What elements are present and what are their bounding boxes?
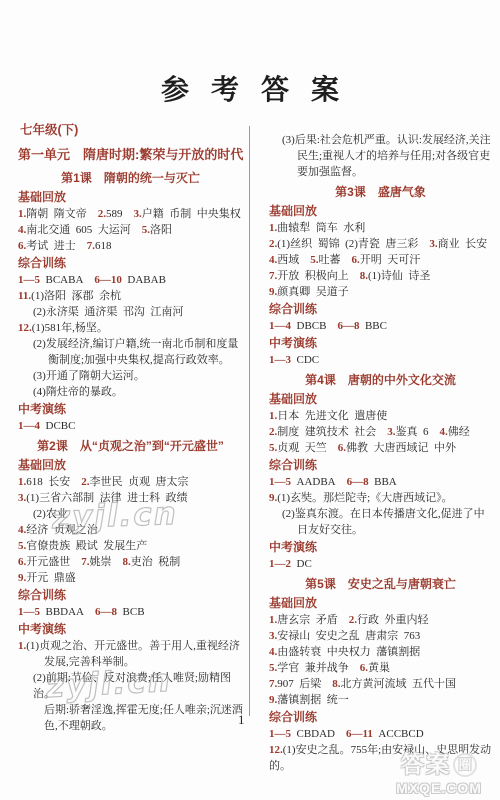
answer-text: 颜真卿 吴道子 [277, 286, 349, 298]
answer-line: 1—4 DBCB 6—8 BBC [269, 318, 492, 334]
answer-number: 5. [269, 442, 277, 454]
answer-text: BCABA [40, 274, 94, 286]
answer-number: 1—5 [18, 606, 40, 618]
column-divider [249, 126, 250, 716]
answer-number: 8. [360, 270, 368, 282]
answer-line: 1.618 长安 2.李世民 贞观 唐太宗 [18, 474, 243, 490]
answer-text: DBCB [291, 320, 337, 332]
answer-line: 1.唐玄宗 矛盾 2.行政 外重内轻 [269, 612, 492, 628]
answer-number: 6—8 [337, 320, 359, 332]
answer-line: 7.907 后梁 8.北方黄河流域 五代十国 [269, 676, 492, 692]
section-heading: 中考演练 [269, 539, 492, 555]
answer-text: 后期:骄奢淫逸,挥霍无度;任人唯亲;沉迷酒色,不理朝政。 [44, 704, 243, 732]
answer-text: 吐蕃 [319, 254, 352, 266]
answer-text: CDC [291, 354, 319, 366]
answer-line: 4.西域 5.吐蕃 6.开明 天可汗 [269, 252, 492, 268]
answer-line: 1—5 AADBA 6—8 BBA [269, 474, 492, 490]
answer-number: 6. [18, 556, 26, 568]
answer-line: 2.(1)丝织 蜀锦 (2)青瓷 唐三彩 3.商业 长安 [269, 236, 492, 252]
answer-number: 1. [269, 222, 277, 234]
answer-number: 1. [18, 640, 26, 652]
answer-line: (2)发展经济,编订户籍,统一南北币制和度量衡制度;加强中央集权,提高行政效率。 [18, 336, 243, 368]
answer-text: ACCBCD [373, 728, 424, 740]
answer-line: (4)隋炷帝的暴政。 [18, 384, 243, 400]
answer-number: 7. [87, 240, 95, 252]
lesson-heading: 第1课 隋朝的统一与灭亡 [18, 170, 243, 186]
answer-text: 鉴真 6 [396, 426, 440, 438]
answer-line: 1—5 BCABA 6—10 DABAB [18, 272, 243, 288]
answer-line: 1.曲辕犁 筒车 水利 [269, 220, 492, 236]
answer-text: (4)隋炷帝的暴政。 [33, 386, 123, 398]
answer-number: 6. [18, 240, 26, 252]
answer-number: 1—5 [18, 274, 40, 286]
answer-text: 907 后梁 [277, 678, 332, 690]
site-logo: 答案圈 MXQE.COM [380, 746, 498, 796]
answer-line: 1—2 DC [269, 556, 492, 572]
answer-text: 由盛转衰 中央权力 藩镇割据 [277, 646, 420, 658]
answer-text: BBDAA [40, 606, 95, 618]
lesson-heading: 第2课 从“贞观之治”到“开元盛世” [18, 438, 243, 454]
answer-line: 1.日本 先进文化 遣唐使 [269, 408, 492, 424]
answer-line: (2)农业 [18, 506, 243, 522]
answer-text: BBC [359, 320, 387, 332]
answer-text: (1)玄奘。那烂陀寺;《大唐西域记》。 [277, 492, 452, 504]
answer-text: (1)诗仙 诗圣 [368, 270, 430, 282]
answer-number: 8. [332, 678, 340, 690]
section-heading: 基础回放 [269, 595, 492, 611]
answer-text: 洛阳 [150, 224, 172, 236]
answer-text: 南北交通 605 大运河 [26, 224, 142, 236]
answer-text: CBDAD [291, 728, 346, 740]
answer-text: 日本 先进文化 遣唐使 [277, 410, 387, 422]
answer-text: (1)贞观之治、开元盛世。善于用人,重视经济发展,完善科举制。 [26, 640, 240, 668]
answer-line: 9.开元 鼎盛 [18, 570, 243, 586]
answer-number: 1—2 [269, 558, 291, 570]
answer-line: (3)后果:社会危机严重。认识:发展经济,关注民生;重视人才的培养与任用;对各级… [269, 132, 492, 180]
section-heading: 中考演练 [18, 621, 243, 637]
answer-number: 9. [269, 492, 277, 504]
answer-number: 9. [269, 286, 277, 298]
answer-number: 1—5 [269, 728, 291, 740]
answer-key-page: 参考答案 七年级(下)第一单元 隋唐时期:繁荣与开放的时代第1课 隋朝的统一与灭… [0, 0, 500, 800]
answer-number: 4. [18, 224, 26, 236]
answer-text: 商业 长安 [438, 238, 488, 250]
lesson-heading: 第4课 唐朝的中外文化交流 [269, 372, 492, 388]
answer-line: 9.颜真卿 吴道子 [269, 284, 492, 300]
answer-text: 行政 外重内轻 [357, 614, 429, 626]
answer-text: 618 [95, 240, 112, 252]
answer-number: 6—10 [94, 274, 122, 286]
answer-number: 7. [269, 678, 277, 690]
answer-text: 姚崇 [90, 556, 123, 568]
answer-number: 1—5 [269, 476, 291, 488]
answer-line: 后期:骄奢淫逸,挥霍无度;任人唯亲;沉迷酒色,不理朝政。 [18, 702, 243, 734]
logo-domain: MXQE.COM [380, 780, 498, 796]
answer-line: 4.南北交通 605 大运河 5.洛阳 [18, 222, 243, 238]
answer-line: (2)鉴真东渡。在日本传播唐文化,促进了中日友好交往。 [269, 506, 492, 538]
answer-number: 7. [269, 270, 277, 282]
answer-line: 9.(1)玄奘。那烂陀寺;《大唐西域记》。 [269, 490, 492, 506]
answer-text: 考试 进士 [26, 240, 87, 252]
answer-text: 618 长安 [26, 476, 81, 488]
answer-number: 1. [18, 476, 26, 488]
section-heading: 综合训练 [18, 255, 243, 271]
answer-text: (1)三省六部制 法律 进士科 政绩 [26, 492, 187, 504]
answer-line: 12.(1)581年,杨坚。 [18, 320, 243, 336]
answer-line: 5.官僚贵族 殿试 发展生产 [18, 538, 243, 554]
logo-circle-icon: 圈 [453, 753, 477, 777]
answer-number: 6. [360, 662, 368, 674]
answer-line: 6.开元盛世 7.姚崇 8.吏治 税制 [18, 554, 243, 570]
answer-line: (2)前期:节俭、反对浪费;任人唯贤;励精图治。 [18, 670, 243, 702]
answer-number: 7. [81, 556, 89, 568]
section-heading: 综合训练 [269, 457, 492, 473]
section-heading: 综合训练 [269, 301, 492, 317]
answer-number: 1. [269, 614, 277, 626]
answer-line: (2)永济渠 通济渠 邗沟 江南河 [18, 304, 243, 320]
answer-number: 8. [123, 556, 131, 568]
answer-line: 1—5 CBDAD 6—11 ACCBCD [269, 726, 492, 742]
answer-line: 6.考试 进士 7.618 [18, 238, 243, 254]
answer-text: DCBC [40, 420, 75, 432]
answer-number: 5. [142, 224, 150, 236]
answer-text: 经济 贞观之治 [26, 524, 98, 536]
answer-number: 2. [269, 238, 277, 250]
answer-number: 5. [269, 662, 277, 674]
answer-number: 12. [269, 744, 283, 756]
answer-text: 贞观 天竺 [277, 442, 338, 454]
answer-number: 2. [349, 614, 357, 626]
right-column: (3)后果:社会危机严重。认识:发展经济,关注民生;重视人才的培养与任用;对各级… [255, 120, 492, 774]
answer-text: 李世民 贞观 唐太宗 [90, 476, 189, 488]
answer-text: 隋朝 隋文帝 [26, 208, 98, 220]
answer-text: 户籍 币制 中央集权 [142, 208, 241, 220]
answer-number: 1—4 [269, 320, 291, 332]
answer-number: 4. [18, 524, 26, 536]
answer-number: 6—11 [346, 728, 373, 740]
answer-text: 安禄山 安史之乱 唐肃宗 763 [277, 630, 420, 642]
answer-text: DC [291, 558, 312, 570]
answer-number: 6—8 [95, 606, 117, 618]
section-heading: 基础回放 [269, 203, 492, 219]
page-number: 1 [238, 712, 245, 728]
answer-text: 制度 建筑技术 社会 [277, 426, 387, 438]
answer-line: (3)开通了隋朝大运河。 [18, 368, 243, 384]
answer-text: 北方黄河流域 五代十国 [341, 678, 457, 690]
answer-text: 佛教 大唐西域记 中外 [346, 442, 456, 454]
grade-label: 七年级(下) [20, 122, 243, 138]
answer-line: 4.经济 贞观之治 [18, 522, 243, 538]
answer-number: 2. [98, 208, 106, 220]
left-column: 七年级(下)第一单元 隋唐时期:繁荣与开放的时代第1课 隋朝的统一与灭亡基础回放… [18, 120, 255, 774]
answer-text: 学官 兼并战争 [277, 662, 360, 674]
answer-number: 2. [81, 476, 89, 488]
answer-number: 4. [269, 646, 277, 658]
section-heading: 基础回放 [269, 391, 492, 407]
answer-number: 6—8 [347, 476, 369, 488]
answer-text: (1)581年,杨坚。 [32, 322, 108, 334]
answer-line: 5.贞观 天竺 6.佛教 大唐西域记 中外 [269, 440, 492, 456]
section-heading: 基础回放 [18, 189, 243, 205]
answer-text: (3)后果:社会危机严重。认识:发展经济,关注民生;重视人才的培养与任用;对各级… [282, 134, 491, 178]
page-title: 参考答案 [0, 68, 500, 108]
answer-text: 黄巢 [368, 662, 390, 674]
logo-text-main: 答案 [401, 751, 451, 777]
answer-text: 曲辕犁 筒车 水利 [277, 222, 365, 234]
section-heading: 中考演练 [269, 335, 492, 351]
answer-number: 11. [18, 290, 31, 302]
answer-number: 12. [18, 322, 32, 334]
answer-text: AADBA [291, 476, 347, 488]
answer-text: 官僚贵族 殿试 发展生产 [26, 540, 147, 552]
answer-number: 1. [18, 208, 26, 220]
answer-text: (2)前期:节俭、反对浪费;任人唯贤;励精图治。 [33, 672, 231, 700]
answer-text: 开元盛世 [26, 556, 81, 568]
answer-number: 4. [269, 254, 277, 266]
answer-number: 3. [269, 630, 277, 642]
answer-text: (2)永济渠 通济渠 邗沟 江南河 [33, 306, 183, 318]
answer-number: 5. [310, 254, 318, 266]
answer-number: 6. [338, 442, 346, 454]
answer-text: 吏治 税制 [131, 556, 181, 568]
section-heading: 综合训练 [18, 587, 243, 603]
answer-text: (1)丝织 蜀锦 (2)青瓷 唐三彩 [277, 238, 429, 250]
answer-line: 1.(1)贞观之治、开元盛世。善于用人,重视经济发展,完善科举制。 [18, 638, 243, 670]
answer-number: 5. [18, 540, 26, 552]
unit-heading: 第一单元 隋唐时期:繁荣与开放的时代 [18, 147, 243, 163]
answer-text: (2)发展经济,编订户籍,统一南北币制和度量衡制度;加强中央集权,提高行政效率。 [33, 338, 238, 366]
answer-number: 1—3 [269, 354, 291, 366]
answer-text: (2)鉴真东渡。在日本传播唐文化,促进了中日友好交往。 [282, 508, 485, 536]
answer-number: 3. [18, 492, 26, 504]
answer-line: 2.制度 建筑技术 社会 3.鉴真 6 4.佛经 [269, 424, 492, 440]
answer-number: 6. [352, 254, 360, 266]
answer-text: 开明 天可汗 [360, 254, 421, 266]
answer-line: 7.开放 积极向上 8.(1)诗仙 诗圣 [269, 268, 492, 284]
answer-number: 2. [269, 426, 277, 438]
answer-line: 1—4 DCBC [18, 418, 243, 434]
answer-number: 1. [269, 410, 277, 422]
answer-line: 5.学官 兼并战争 6.黄巢 [269, 660, 492, 676]
answer-line: 9.藩镇割据 统一 [269, 692, 492, 708]
answer-text: 开元 鼎盛 [26, 572, 76, 584]
answer-text: 佛经 [448, 426, 470, 438]
answer-text: 唐玄宗 矛盾 [277, 614, 349, 626]
section-heading: 基础回放 [18, 457, 243, 473]
answer-line: 1—3 CDC [269, 352, 492, 368]
answer-line: 11.(1)洛阳 涿郡 余杭 [18, 288, 243, 304]
section-heading: 综合训练 [269, 709, 492, 725]
answer-text: (3)开通了隋朝大运河。 [33, 370, 145, 382]
answer-line: 4.由盛转衰 中央权力 藩镇割据 [269, 644, 492, 660]
answer-number: 9. [269, 694, 277, 706]
answer-number: 3. [387, 426, 395, 438]
lesson-heading: 第5课 安史之乱与唐朝衰亡 [269, 576, 492, 592]
answer-line: 3.安禄山 安史之乱 唐肃宗 763 [269, 628, 492, 644]
answer-line: 1.隋朝 隋文帝 2.589 3.户籍 币制 中央集权 [18, 206, 243, 222]
content-columns: 七年级(下)第一单元 隋唐时期:繁荣与开放的时代第1课 隋朝的统一与灭亡基础回放… [18, 120, 492, 774]
answer-text: 589 [106, 208, 134, 220]
answer-text: 西域 [277, 254, 310, 266]
answer-number: 4. [440, 426, 448, 438]
answer-text: (1)洛阳 涿郡 余杭 [31, 290, 121, 302]
logo-text: 答案圈 [380, 746, 498, 779]
answer-text: BBA [369, 476, 397, 488]
lesson-heading: 第3课 盛唐气象 [269, 184, 492, 200]
answer-text: 开放 积极向上 [277, 270, 360, 282]
answer-line: 1—5 BBDAA 6—8 BCB [18, 604, 243, 620]
answer-number: 3. [429, 238, 437, 250]
answer-number: 3. [134, 208, 142, 220]
answer-number: 1—4 [18, 420, 40, 432]
answer-text: 藩镇割据 统一 [277, 694, 349, 706]
section-heading: 中考演练 [18, 401, 243, 417]
answer-text: BCB [117, 606, 145, 618]
answer-text: (2)农业 [33, 508, 68, 520]
answer-number: 9. [18, 572, 26, 584]
answer-text: DABAB [122, 274, 166, 286]
answer-line: 3.(1)三省六部制 法律 进士科 政绩 [18, 490, 243, 506]
